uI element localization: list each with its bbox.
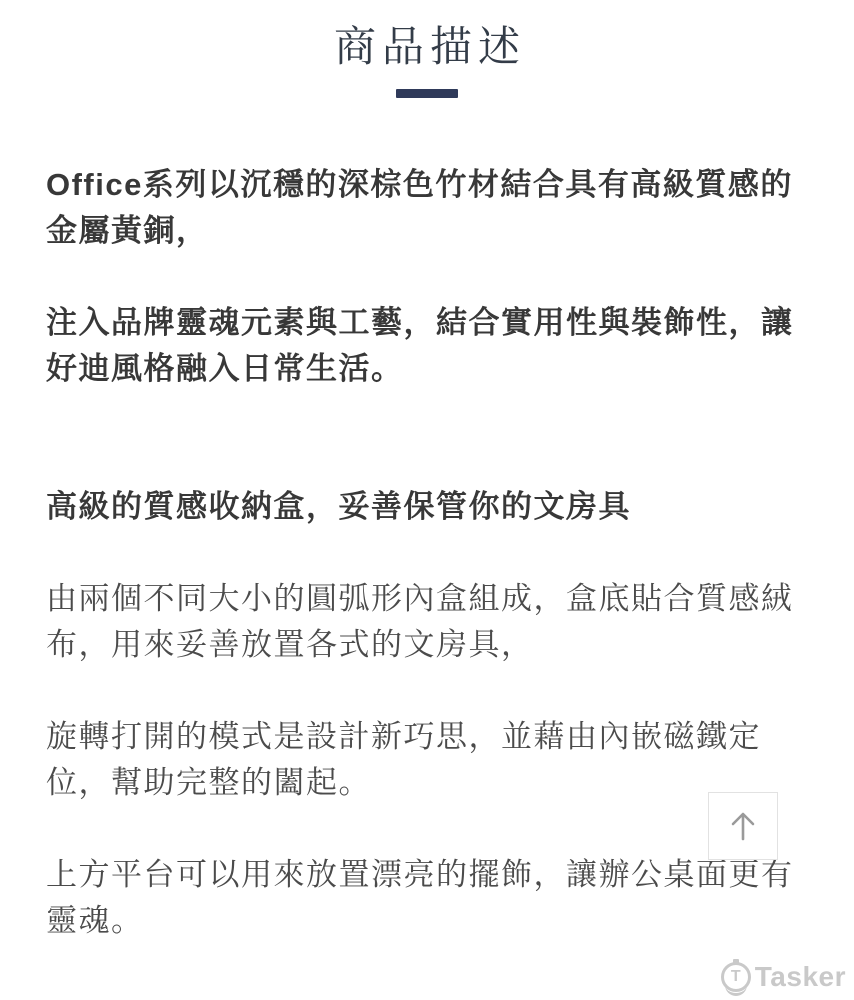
tasker-logo-letter: T	[731, 968, 741, 986]
paragraph-brand-spirit: 注入品牌靈魂元素與工藝，結合實用性與裝飾性，讓好迪風格融入日常生活。	[46, 300, 808, 392]
paragraph-top-platform: 上方平台可以用來放置漂亮的擺飾，讓辦公桌面更有靈魂。	[46, 852, 808, 944]
tasker-watermark: T Tasker	[721, 961, 846, 993]
product-description-page: 商品描述 Office系列以沉穩的深棕色竹材結合具有高級質感的金屬黃銅， 注入品…	[0, 0, 854, 1000]
tasker-logo-icon: T	[721, 962, 751, 992]
arrow-up-icon	[725, 808, 761, 844]
scroll-to-top-button[interactable]	[708, 792, 778, 860]
paragraph-inner-boxes: 由兩個不同大小的圓弧形內盒組成，盒底貼合質感絨布，用來妥善放置各式的文房具，	[46, 576, 808, 668]
paragraph-rotating-design: 旋轉打開的模式是設計新巧思，並藉由內嵌磁鐵定位，幫助完整的闔起。	[46, 714, 808, 806]
subheading-storage-box: 高級的質感收納盒，妥善保管你的文房具	[46, 484, 808, 530]
title-underline	[396, 89, 458, 98]
page-title: 商品描述	[46, 22, 808, 72]
watermark-label: Tasker	[755, 961, 846, 993]
paragraph-intro-materials: Office系列以沉穩的深棕色竹材結合具有高級質感的金屬黃銅，	[46, 162, 808, 254]
description-content: Office系列以沉穩的深棕色竹材結合具有高級質感的金屬黃銅， 注入品牌靈魂元素…	[46, 162, 808, 944]
section-header: 商品描述	[46, 22, 808, 98]
